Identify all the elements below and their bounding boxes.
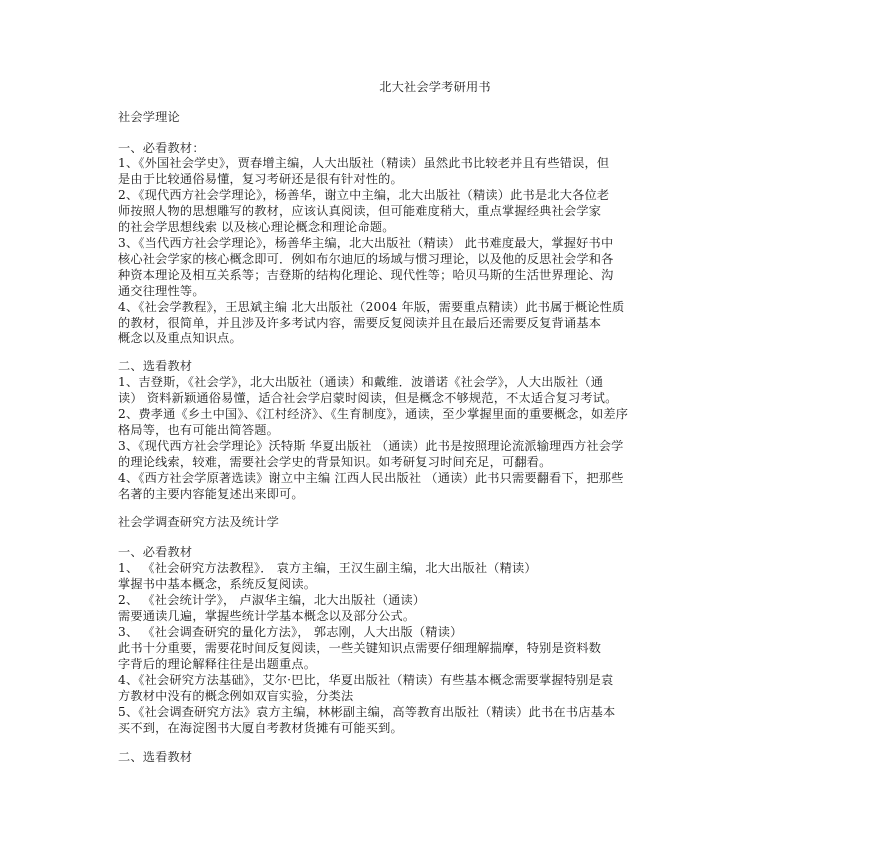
text-line: 4、《社会学教程》，王思斌主编 北大出版社（2004 年版，需要重点精读）此书属… — [118, 299, 743, 315]
text-line: 此书十分重要，需要花时间反复阅读，一些关键知识点需要仔细理解揣摩，特别是资料数 — [118, 640, 743, 656]
text-line: 2、 《社会统计学》， 卢淑华主编，北大出版社（通读） — [118, 592, 743, 608]
text-line: 核心社会学家的核心概念即可．例如布尔迪厄的场域与惯习理论，以及他的反思社会学和各 — [118, 251, 743, 267]
text-line: 方教材中没有的概念例如双盲实验，分类法 — [118, 688, 743, 704]
section-heading-research-methods: 社会学调查研究方法及统计学 — [118, 514, 743, 530]
text-line: 的教材，很简单，并且涉及许多考试内容，需要反复阅读并且在最后还需要反复背诵基本 — [118, 315, 743, 331]
section-heading-sociology-theory: 社会学理论 — [118, 109, 743, 125]
text-line: 师按照人物的思想雕写的教材，应该认真阅读，但可能难度稍大，重点掌握经典社会学家 — [118, 203, 743, 219]
text-line: 3、《当代西方社会学理论》，杨善华主编，北大出版社（精读） 此书难度最大，掌握好… — [118, 235, 743, 251]
text-line: 买不到，在海淀图书大厦自考教材货摊有可能买到。 — [118, 720, 743, 736]
subsection-heading-required: 一、必看教材 — [118, 544, 743, 560]
text-line: 读） 资料新颖通俗易懂，适合社会学启蒙时阅读，但是概念不够规范，不太适合复习考试… — [118, 390, 743, 406]
subsection-heading-optional: 二、选看教材 — [118, 358, 743, 374]
text-line: 格局等，也有可能出简答题。 — [118, 422, 743, 438]
text-line: 1、 《社会研究方法教程》． 袁方主编，王汉生副主编，北大出版社（精读） — [118, 560, 743, 576]
text-line: 的理论线索，较难，需要社会学史的背景知识。如考研复习时间充足，可翻看。 — [118, 454, 743, 470]
text-line: 是由于比较通俗易懂，复习考研还是很有针对性的。 — [118, 171, 743, 187]
text-line: 2、《现代西方社会学理论》，杨善华，谢立中主编，北大出版社（精读）此书是北大各位… — [118, 187, 743, 203]
text-line: 概念以及重点知识点。 — [118, 330, 743, 346]
text-line: 通交往理性等。 — [118, 283, 743, 299]
subsection-heading-optional: 二、选看教材 — [118, 749, 743, 765]
text-line: 2、费孝通《乡土中国》、《江村经济》、《生育制度》，通读，至少掌握里面的重要概念… — [118, 406, 743, 422]
text-line: 掌握书中基本概念，系统反复阅读。 — [118, 576, 743, 592]
text-line: 的社会学思想线索 以及核心理论概念和理论命题。 — [118, 219, 743, 235]
document-title: 北大社会学考研用书 — [0, 79, 870, 95]
text-line: 名著的主要内容能复述出来即可。 — [118, 486, 743, 502]
text-line: 字背后的理论解释往往是出题重点。 — [118, 656, 743, 672]
text-line: 3、 《社会调查研究的量化方法》， 郭志刚，人大出版（精读） — [118, 624, 743, 640]
text-line: 4、《社会研究方法基础》，艾尔·巴比，华夏出版社（精读）有些基本概念需要掌握特别… — [118, 672, 743, 688]
document-page: 北大社会学考研用书 社会学理论 一、必看教材： 1、《外国社会学史》，贾春增主编… — [0, 0, 870, 842]
text-line: 1、吉登斯，《社会学》，北大出版社（通读）和戴维．波谱诺《社会学》，人大出版社（… — [118, 374, 743, 390]
text-line: 4、《西方社会学原著选读》谢立中主编 江西人民出版社 （通读）此书只需要翻看下，… — [118, 470, 743, 486]
text-line: 5、《社会调查研究方法》袁方主编，林彬副主编，高等教育出版社（精读）此书在书店基… — [118, 704, 743, 720]
subsection-heading-required: 一、必看教材： — [118, 140, 743, 156]
text-line: 1、《外国社会学史》，贾春增主编，人大出版社（精读）虽然此书比较老并且有些错误，… — [118, 155, 743, 171]
text-line: 需要通读几遍，掌握些统计学基本概念以及部分公式。 — [118, 608, 743, 624]
text-line: 种资本理论及相互关系等；吉登斯的结构化理论、现代性等；哈贝马斯的生活世界理论、沟 — [118, 267, 743, 283]
text-line: 3、《现代西方社会学理论》沃特斯 华夏出版社 （通读）此书是按照理论流派输理西方… — [118, 438, 743, 454]
